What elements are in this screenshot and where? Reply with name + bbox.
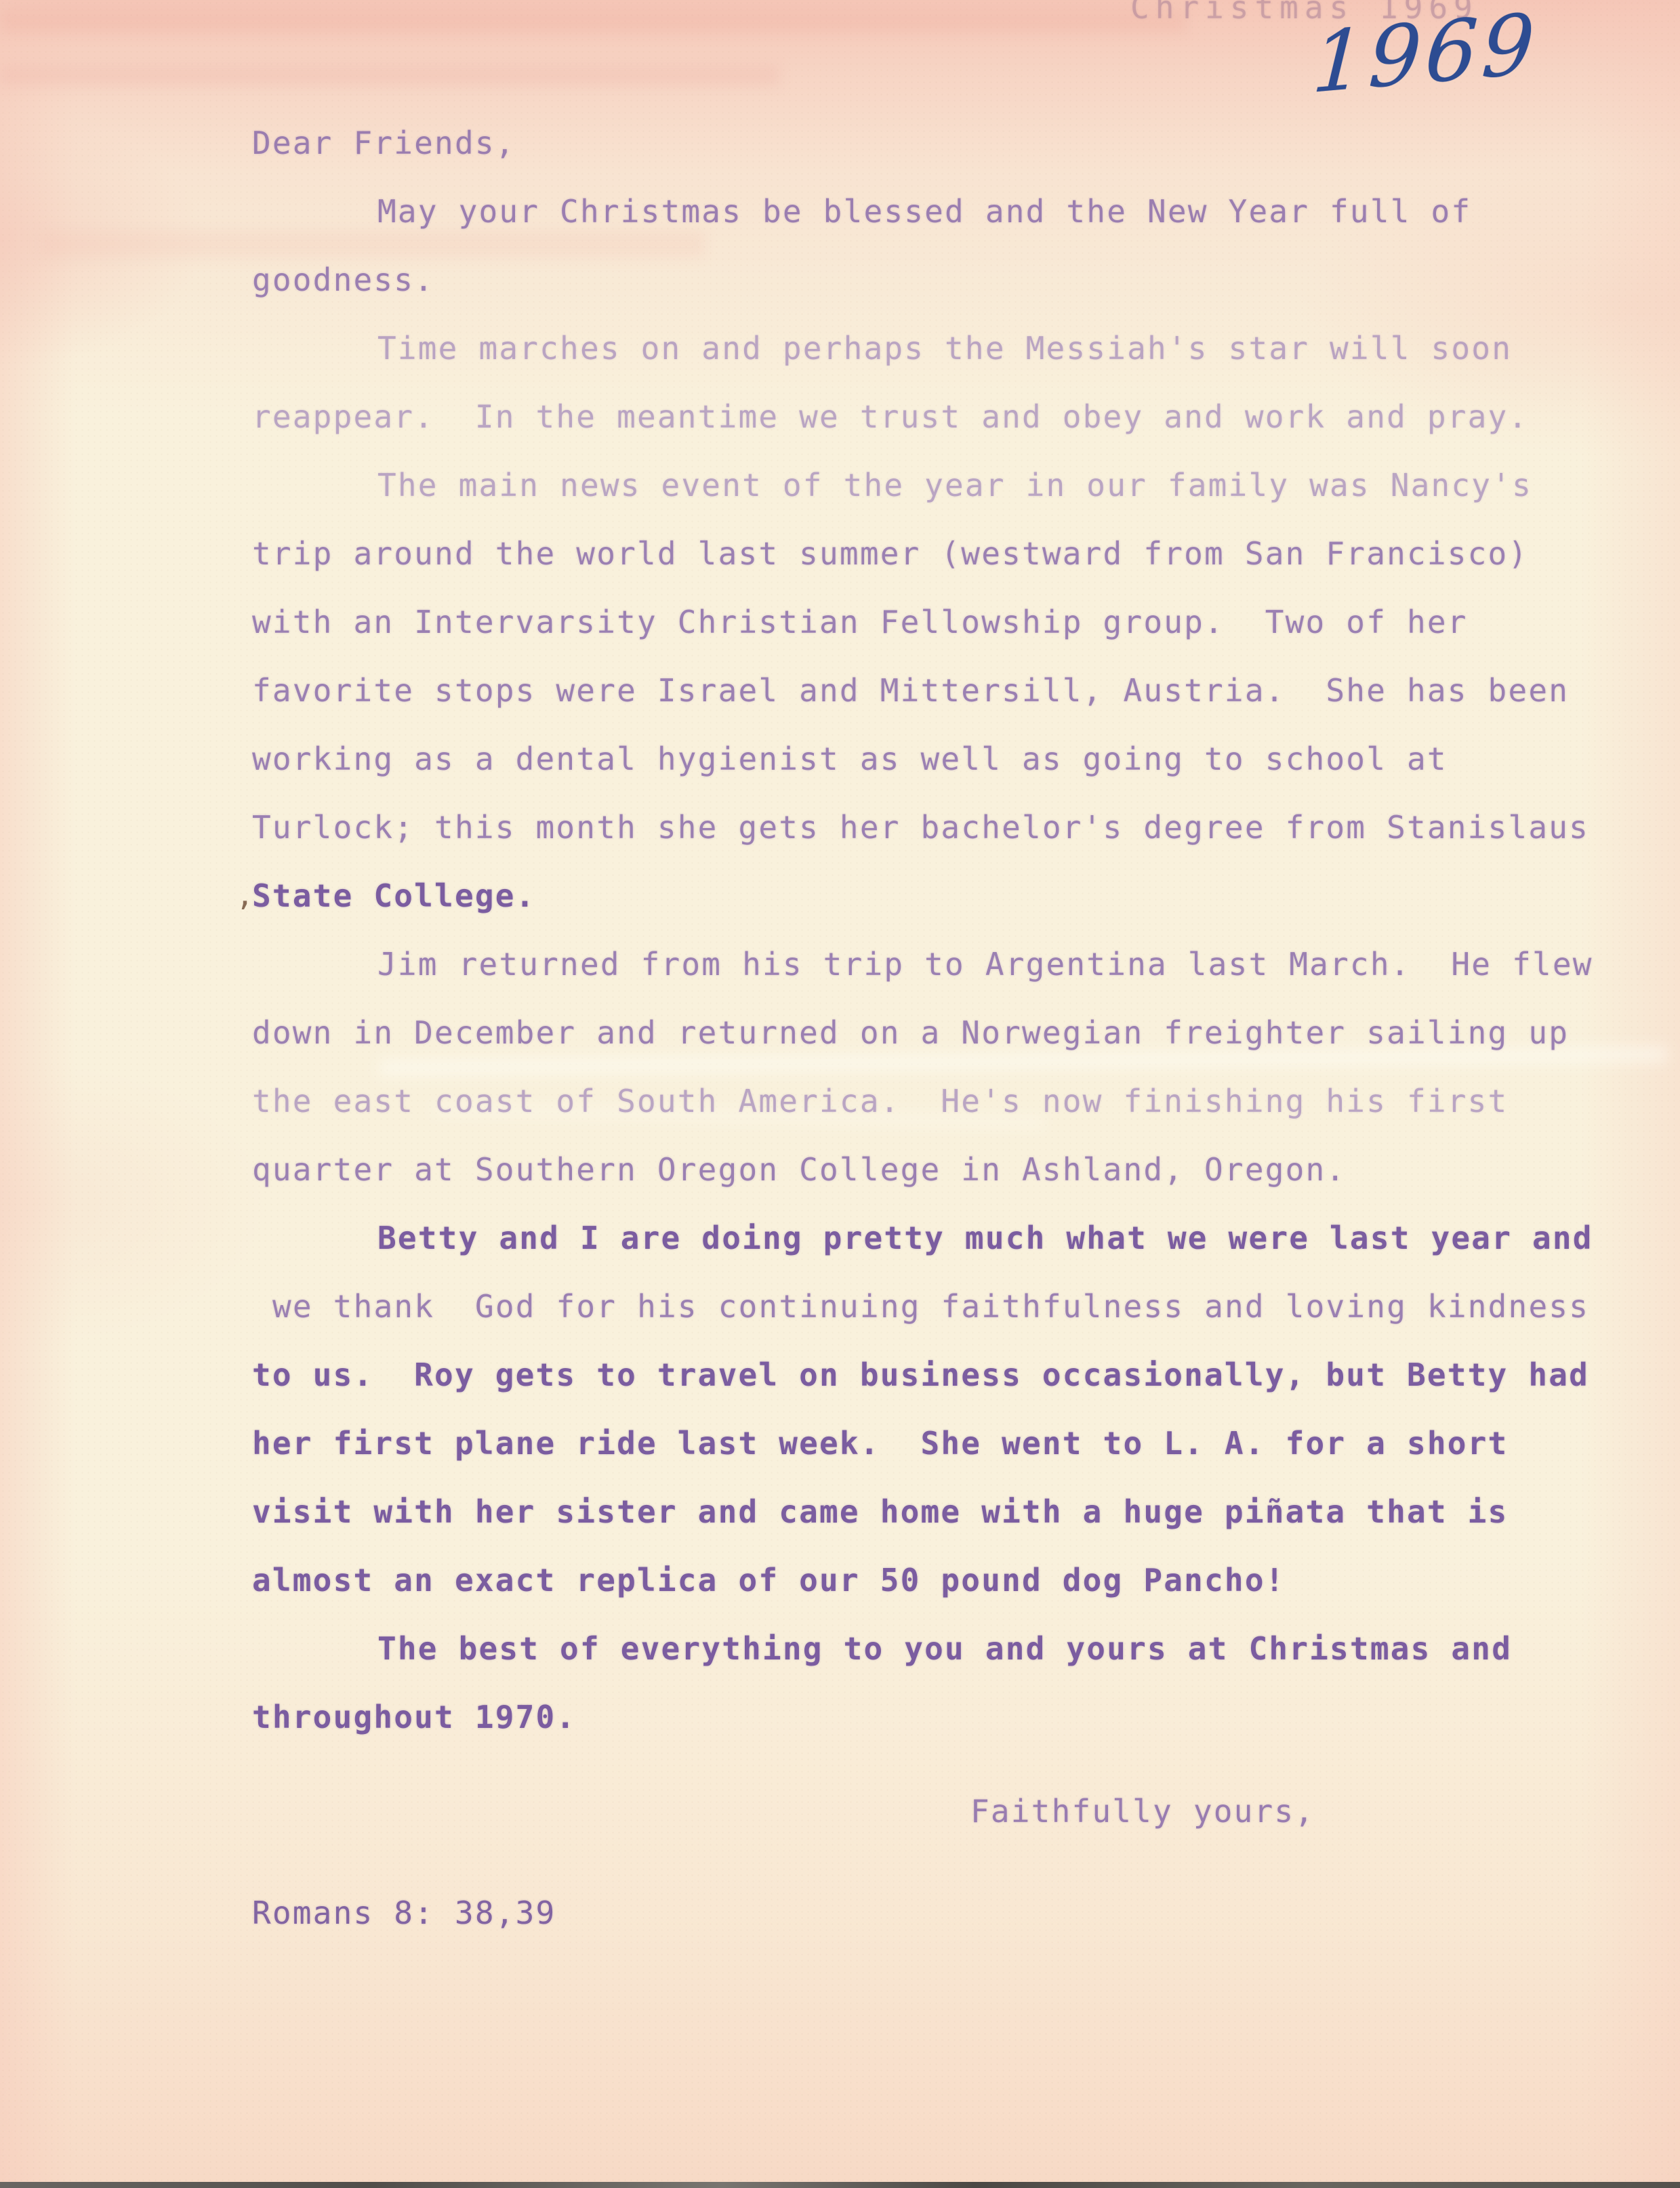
scripture-reference: Romans 8: 38,39 [252, 1895, 556, 1931]
letter-line: with an Intervarsity Christian Fellowshi… [252, 600, 1641, 668]
scan-bottom-edge [0, 2182, 1680, 2188]
letter-line: Dear Friends, [252, 121, 1641, 189]
letter-line: Time marches on and perhaps the Messiah'… [252, 326, 1641, 394]
letter-line: The best of everything to you and yours … [252, 1626, 1641, 1695]
letter-line: reappear. In the meantime we trust and o… [252, 394, 1641, 463]
letter-line: visit with her sister and came home with… [252, 1489, 1641, 1558]
letter-line: we thank God for his continuing faithful… [252, 1284, 1641, 1353]
letter-line: Betty and I are doing pretty much what w… [252, 1216, 1641, 1284]
letter-body: Dear Friends,May your Christmas be bless… [252, 121, 1641, 1763]
letter-line: State College. [252, 873, 1641, 942]
letter-page: Christmas 1969 1969 Dear Friends,May you… [0, 0, 1680, 2188]
letter-line: almost an exact replica of our 50 pound … [252, 1558, 1641, 1626]
letter-line: the east coast of South America. He's no… [252, 1079, 1641, 1147]
letter-line: Turlock; this month she gets her bachelo… [252, 805, 1641, 873]
letter-line: Jim returned from his trip to Argentina … [252, 942, 1641, 1010]
paper-streak [0, 65, 779, 85]
letter-line: favorite stops were Israel and Mittersil… [252, 668, 1641, 737]
letter-line: trip around the world last summer (westw… [252, 531, 1641, 600]
letter-line: to us. Roy gets to travel on business oc… [252, 1353, 1641, 1421]
letter-line: quarter at Southern Oregon College in As… [252, 1147, 1641, 1216]
letter-line: down in December and returned on a Norwe… [252, 1010, 1641, 1079]
closing-signature-line: Faithfully yours, [970, 1793, 1315, 1830]
letter-line: May your Christmas be blessed and the Ne… [252, 189, 1641, 257]
letter-line: goodness. [252, 257, 1641, 326]
handwritten-year-annotation: 1969 [1310, 0, 1541, 112]
letter-line: her first plane ride last week. She went… [252, 1421, 1641, 1489]
paper-streak [0, 9, 1186, 33]
letter-line: working as a dental hygienist as well as… [252, 737, 1641, 805]
letter-line: The main news event of the year in our f… [252, 463, 1641, 531]
stray-comma-mark: , [236, 878, 254, 913]
letter-line: throughout 1970. [252, 1695, 1641, 1763]
